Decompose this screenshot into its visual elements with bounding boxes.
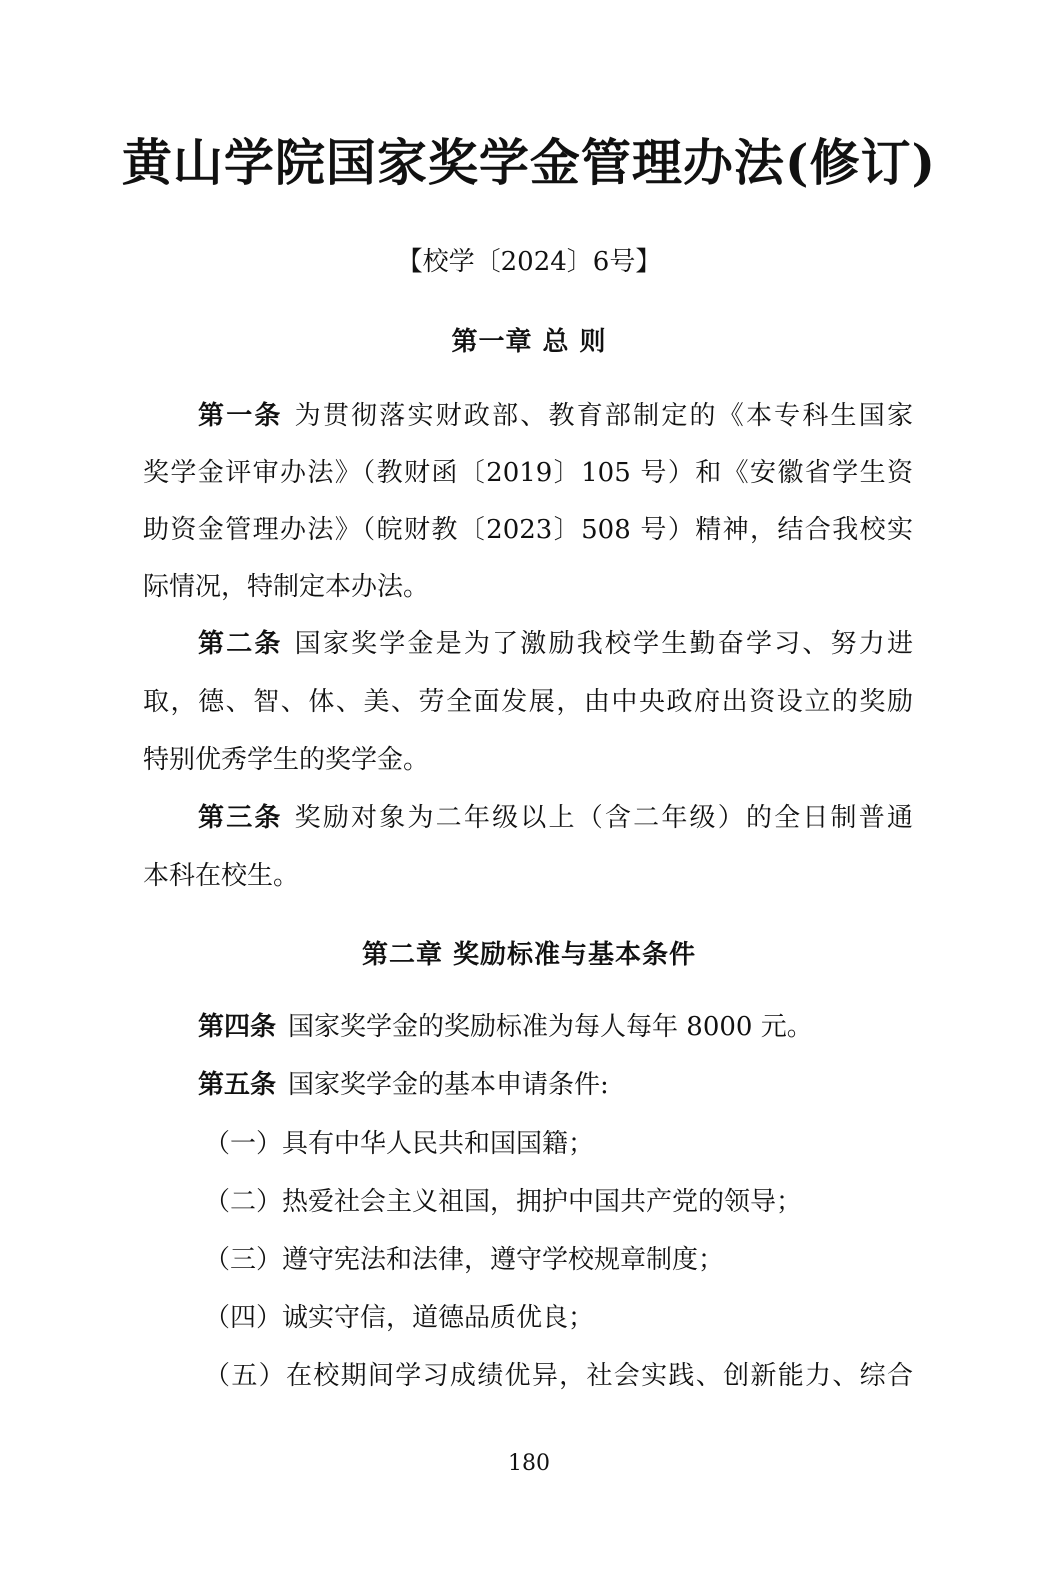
article-text: 奖励对象为二年级以上（含二年级）的全日制普通 (295, 803, 913, 833)
list-item: （一）具有中华人民共和国国籍； (204, 1124, 913, 1164)
chapter-heading: 第一章 总 则 (0, 322, 1058, 362)
article-line: 助资金管理办法》（皖财教〔2023〕508 号）精神，结合我校实 (143, 510, 913, 550)
article-line: 第三条奖励对象为二年级以上（含二年级）的全日制普通 (198, 798, 913, 838)
document-page: 黄山学院国家奖学金管理办法(修订) 【校学〔2024〕6号】 第一章 总 则 第… (0, 0, 1058, 1588)
article-line: 取，德、智、体、美、劳全面发展，由中央政府出资设立的奖励 (143, 682, 913, 722)
list-item: （二）热爱社会主义祖国，拥护中国共产党的领导； (204, 1182, 913, 1222)
article-line: 第二条国家奖学金是为了激励我校学生勤奋学习、努力进 (198, 624, 913, 664)
article-line: 特别优秀学生的奖学金。 (143, 740, 913, 780)
article-line: 第五条国家奖学金的基本申请条件: (198, 1065, 913, 1105)
article-line: 奖学金评审办法》（教财函〔2019〕105 号）和《安徽省学生资 (143, 453, 913, 493)
article-label: 第一条 (198, 401, 283, 431)
article-label: 第五条 (198, 1070, 276, 1100)
article-text: 国家奖学金是为了激励我校学生勤奋学习、努力进 (295, 629, 913, 659)
list-item: （五）在校期间学习成绩优异，社会实践、创新能力、综合 (204, 1356, 913, 1396)
document-title: 黄山学院国家奖学金管理办法(修订) (0, 128, 1058, 198)
chapter-heading: 第二章 奖励标准与基本条件 (0, 935, 1058, 975)
article-line: 第一条为贯彻落实财政部、教育部制定的《本专科生国家 (198, 396, 913, 436)
article-line: 际情况，特制定本办法。 (143, 567, 913, 607)
article-label: 第四条 (198, 1012, 276, 1042)
page-number: 180 (0, 1448, 1058, 1480)
list-item: （三）遵守宪法和法律，遵守学校规章制度； (204, 1240, 913, 1280)
article-label: 第三条 (198, 803, 283, 833)
article-line: 第四条国家奖学金的奖励标准为每人每年 8000 元。 (198, 1007, 913, 1047)
document-number: 【校学〔2024〕6号】 (0, 242, 1058, 282)
article-label: 第二条 (198, 629, 283, 659)
article-text: 国家奖学金的奖励标准为每人每年 8000 元。 (288, 1012, 813, 1042)
list-item: （四）诚实守信，道德品质优良； (204, 1298, 913, 1338)
article-text: 国家奖学金的基本申请条件: (288, 1070, 609, 1100)
article-line: 本科在校生。 (143, 856, 913, 896)
article-text: 为贯彻落实财政部、教育部制定的《本专科生国家 (295, 401, 913, 431)
